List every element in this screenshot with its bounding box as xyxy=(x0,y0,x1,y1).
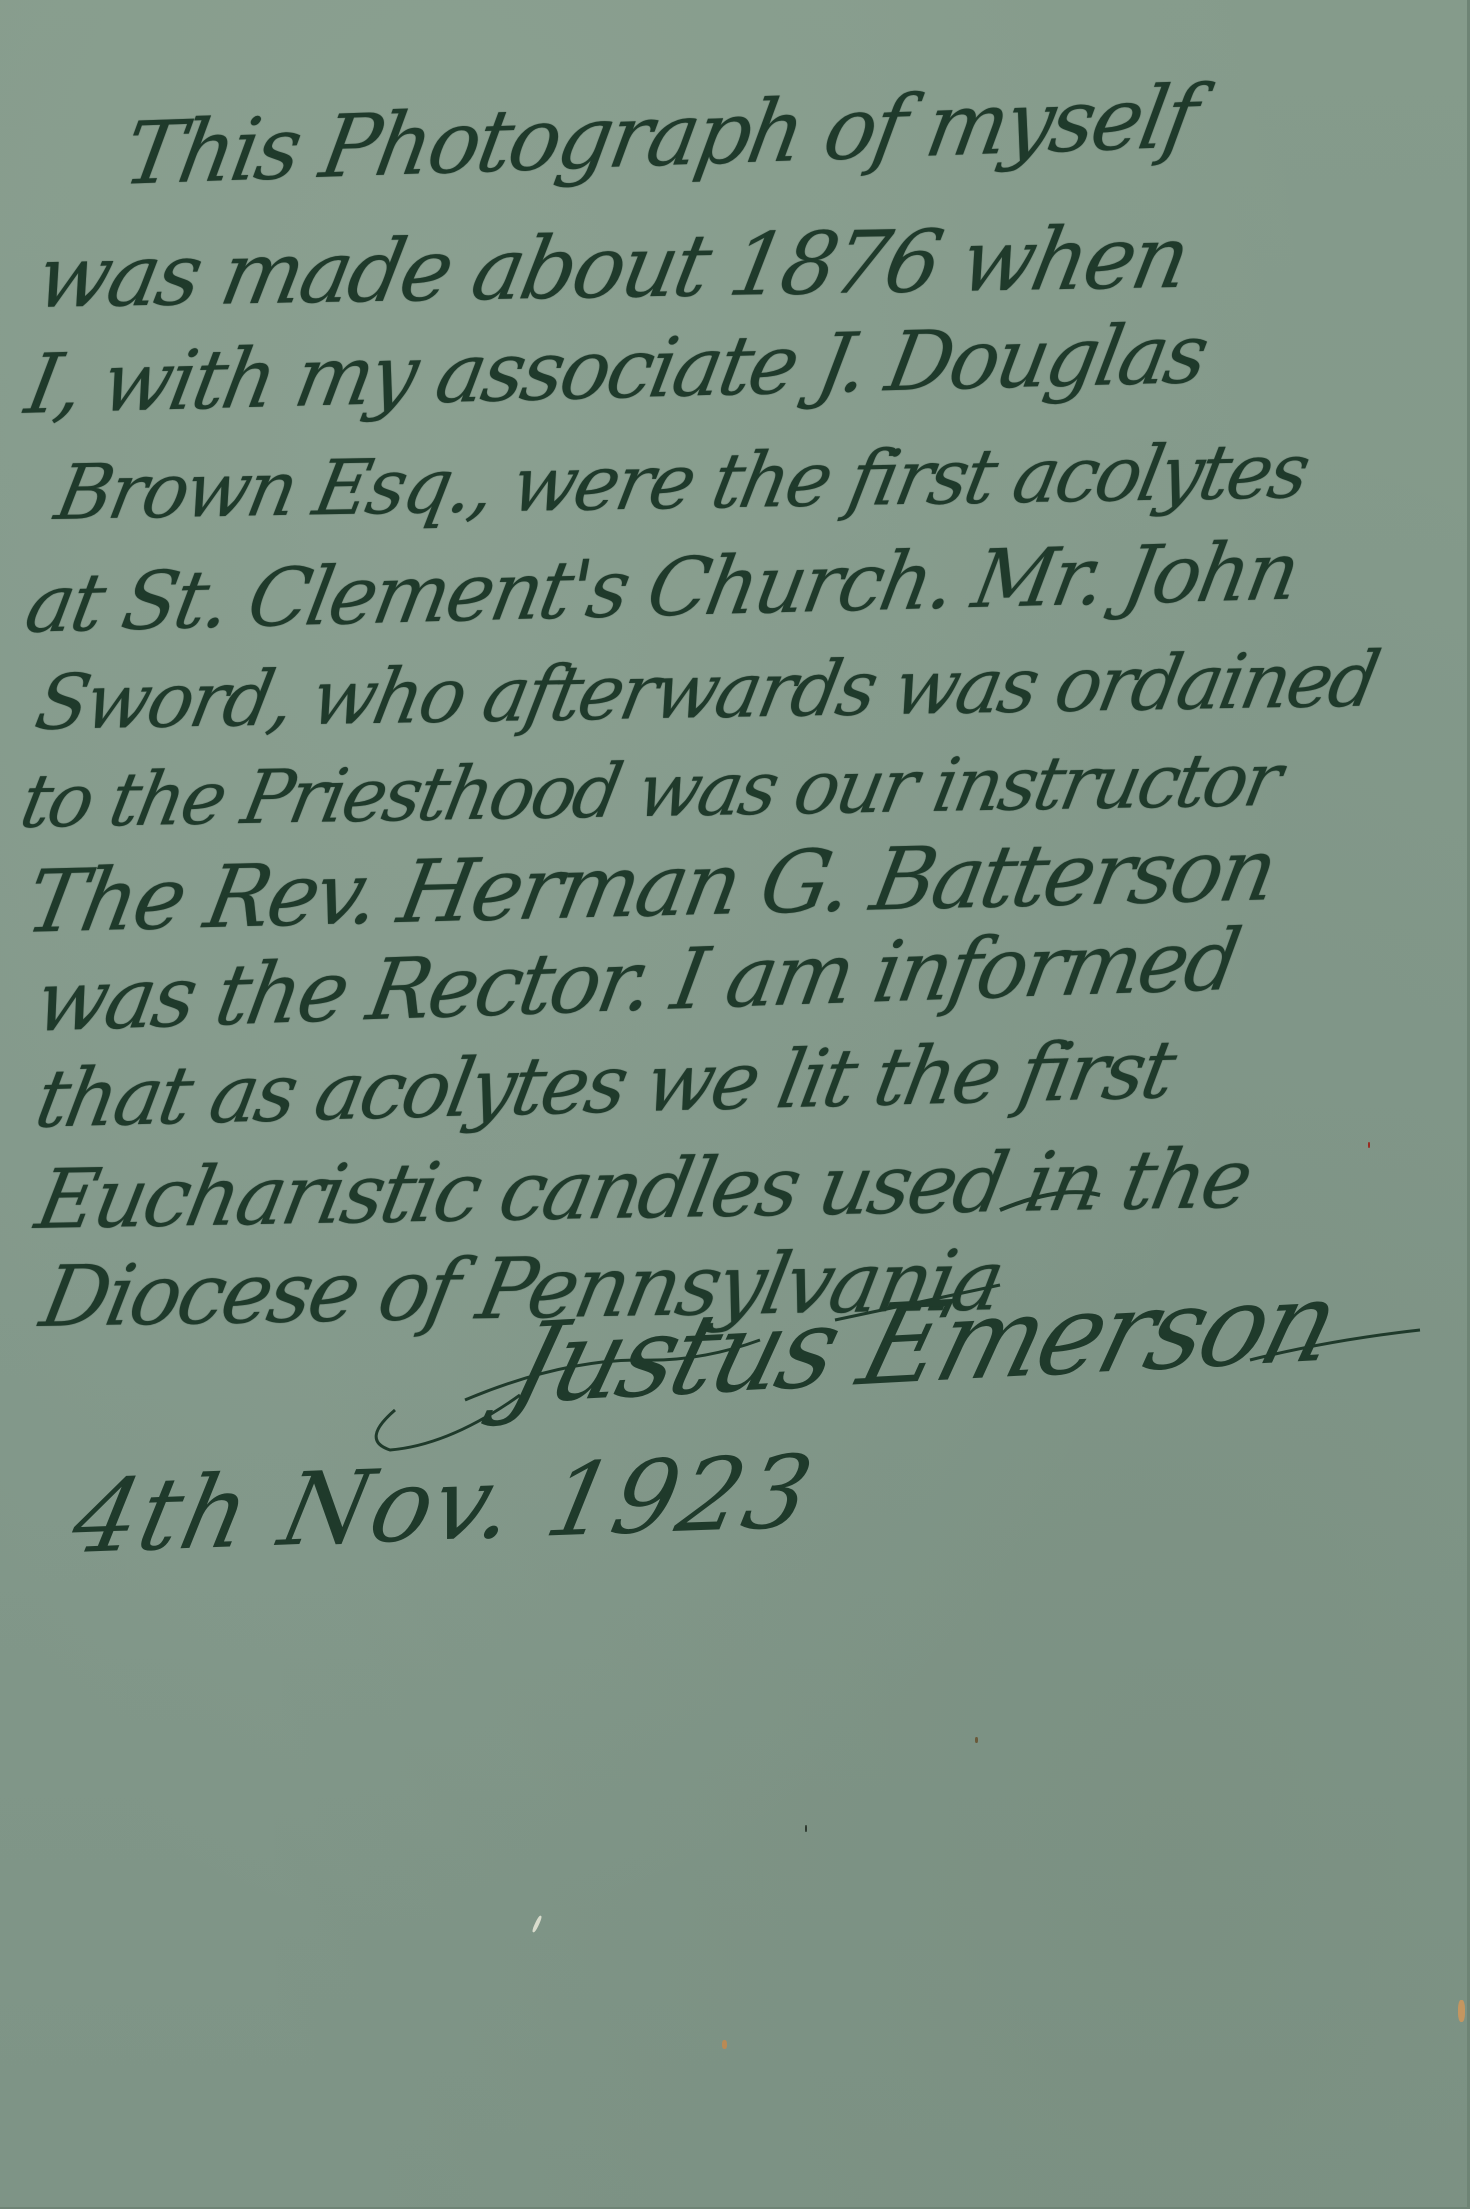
paper-speck xyxy=(1458,2000,1465,2022)
paper-speck xyxy=(805,1825,807,1832)
handwritten-note: This Photograph of myself was made about… xyxy=(0,0,1470,1600)
paper-speck xyxy=(531,1915,542,1933)
paper-speck xyxy=(1368,1142,1370,1148)
date-line: 4th Nov. 1923 xyxy=(65,1442,822,1569)
paper-speck xyxy=(975,1737,978,1743)
paper-speck xyxy=(722,2040,727,2049)
card-back: This Photograph of myself was made about… xyxy=(0,0,1470,2209)
